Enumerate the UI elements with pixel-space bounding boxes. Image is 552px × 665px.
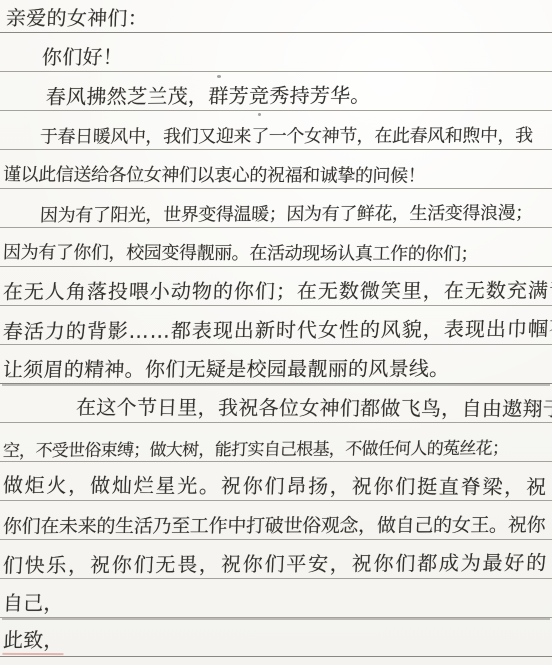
letter-line: 空，不受世俗束缚；做大树，能打实自己根基，不做任何人的菟丝花； (0, 423, 552, 462)
letter-line: 于春日暖风中，我们又迎来了一个女神节，在此春风和煦中，我 (0, 111, 552, 150)
letter-line-text: 于春日暖风中，我们又迎来了一个女神节，在此春风和煦中，我 (39, 121, 533, 148)
letter-line-text: 空，不受世俗束缚；做大树，能打实自己根基，不做任何人的菟丝花； (2, 434, 509, 462)
handwritten-letter-page: 亲爱的女神们： 你们好！ 春风拂然芝兰茂，群芳竞秀持芳华。 于春日暖风中，我们又… (0, 0, 552, 665)
letter-line-text: 让须眉的精神。你们无疑是校园最靓丽的风景线。 (2, 352, 450, 382)
letter-line: 因为有了你们，校园变得靓丽。在活动现场认真工作的你们； (0, 228, 552, 267)
ink-speck (258, 113, 261, 116)
letter-line-text: 因为有了你们，校园变得靓丽。在活动现场认真工作的你们； (3, 238, 479, 266)
letter-line: 谨以此信送给各位女神们以衷心的祝福和诚挚的问候！ (0, 150, 552, 189)
letter-line: 让须眉的精神。你们无疑是校园最靓丽的风景线。 (0, 345, 552, 384)
letter-line: 自己， (0, 579, 552, 618)
letter-line-text: 你们在未来的生活乃至工作中打破世俗观念，做自己的女王。祝你 (2, 510, 545, 538)
letter-line: 因为有了阳光，世界变得温暖；因为有了鲜花，生活变得浪漫； (0, 189, 552, 228)
letter-line: 们快乐，祝你们无畏，祝你们平安，祝你们都成为最好的 (0, 540, 552, 579)
letter-line-text: 做炬火，做灿烂星光。祝你们昂扬，祝你们挺直脊梁，祝 (2, 469, 548, 500)
letter-line-text: 因为有了阳光，世界变得温暖；因为有了鲜花，生活变得浪漫； (39, 199, 533, 228)
letter-line: 春风拂然芝兰茂，群芳竞秀持芳华。 (0, 72, 552, 111)
letter-line-text: 你们好！ (41, 41, 123, 70)
letter-line: 做炬火，做灿烂星光。祝你们昂扬，祝你们挺直脊梁，祝 (0, 462, 552, 501)
letter-line: 亲爱的女神们： (0, 0, 552, 33)
letter-line-text: 在这个节日里，我祝各位女神们都做飞鸟，自由遨翔于 (75, 391, 552, 422)
letter-line: 在无人角落投喂小动物的你们；在无数微笑里，在无数充满青 (0, 267, 552, 306)
letter-line-text: 春活力的背影……都表现出新时代女性的风貌，表现出巾帼不 (2, 313, 552, 345)
letter-line: 你们在未来的生活乃至工作中打破世俗观念，做自己的女王。祝你 (0, 501, 552, 540)
letter-line-text: 自己， (2, 587, 64, 616)
letter-line-text: 谨以此信送给各位女神们以衷心的祝福和诚挚的问候！ (3, 160, 426, 187)
letter-line-text: 春风拂然芝兰茂，群芳竞秀持芳华。 (45, 79, 371, 110)
letter-line-text: 亲爱的女神们： (5, 2, 148, 31)
letter-line-text: 此致， (2, 624, 64, 655)
letter-line: 在这个节日里，我祝各位女神们都做飞鸟，自由遨翔于 (0, 384, 552, 423)
letter-line: 你们好！ (0, 33, 552, 72)
letter-line: 春活力的背影……都表现出新时代女性的风貌，表现出巾帼不 (0, 306, 552, 345)
letter-line-text: 在无人角落投喂小动物的你们；在无数微笑里，在无数充满青 (2, 274, 552, 304)
ink-speck (217, 75, 221, 78)
letter-line-text: 们快乐，祝你们无畏，祝你们平安，祝你们都成为最好的 (2, 547, 549, 579)
letter-line-closing: 此致， (0, 618, 552, 657)
